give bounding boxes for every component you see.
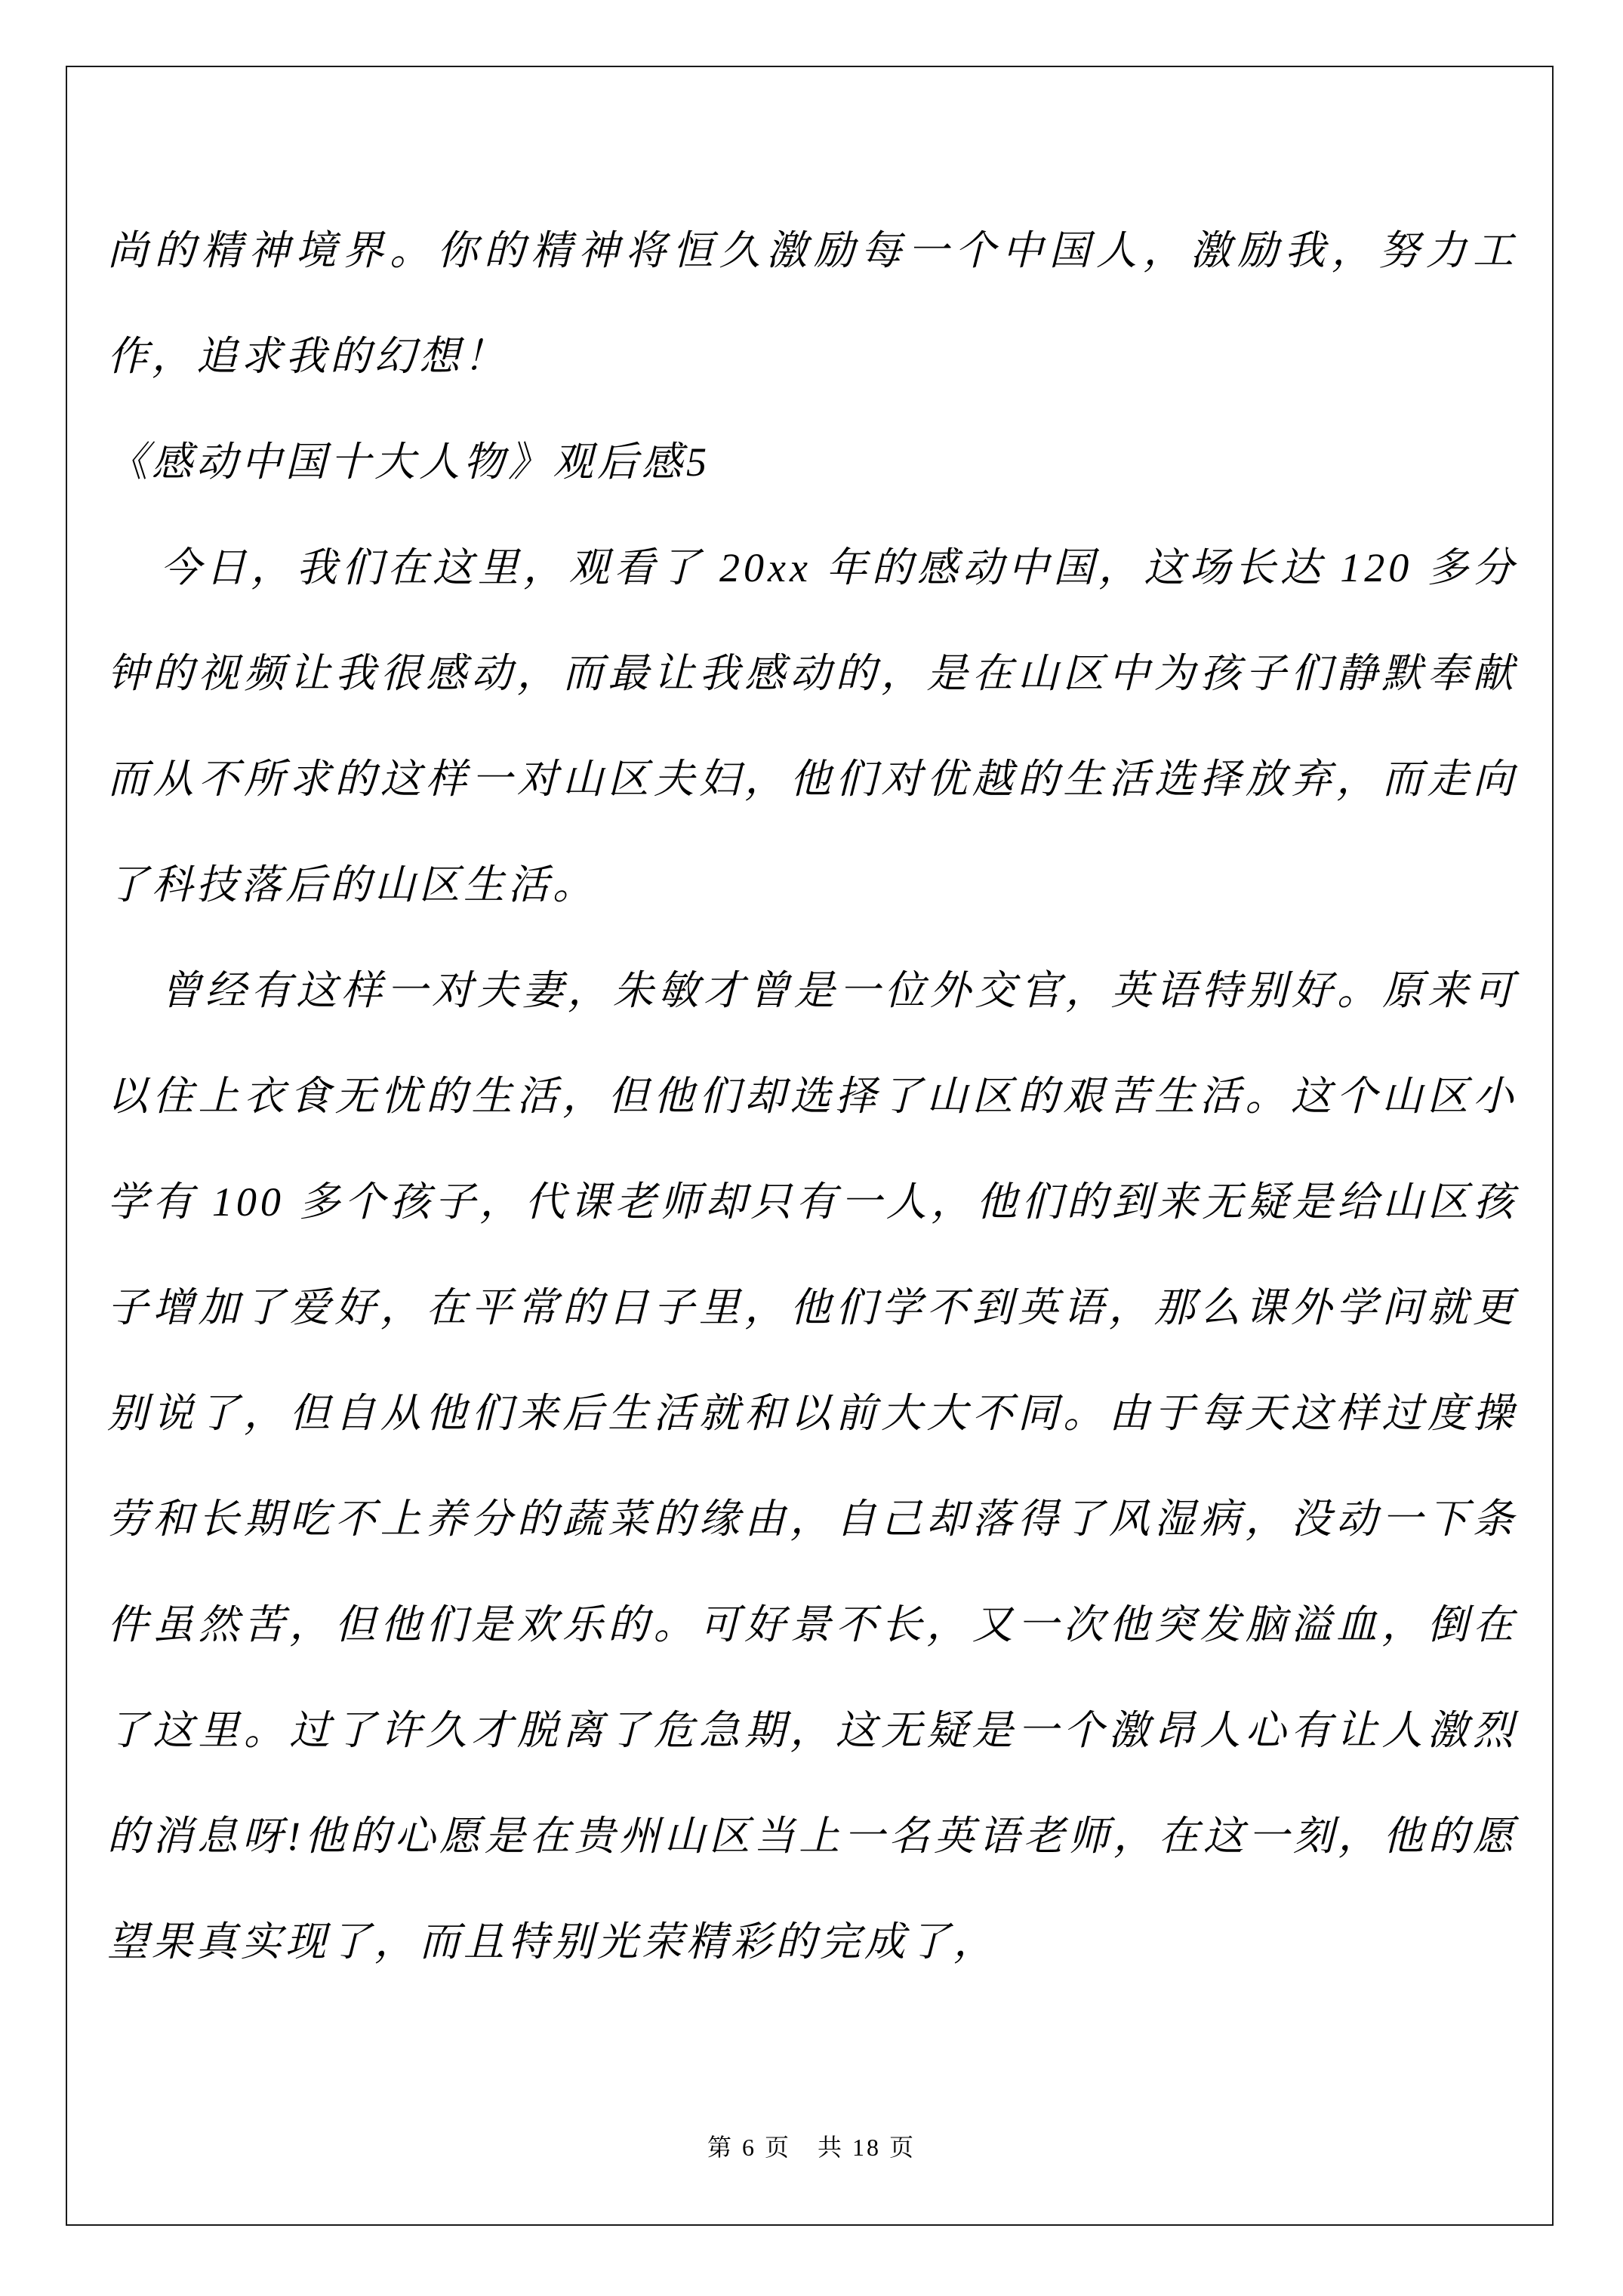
section-heading: 《感动中国十大人物》观后感5 bbox=[107, 409, 1517, 515]
document-text-block: 尚的精神境界。你的精神将恒久激励每一个中国人，激励我，努力工作，追求我的幻想！ … bbox=[107, 198, 1517, 1995]
page-number-footer: 第 6 页 共 18 页 bbox=[0, 2131, 1623, 2164]
document-page: 尚的精神境界。你的精神将恒久激励每一个中国人，激励我，努力工作，追求我的幻想！ … bbox=[0, 0, 1623, 2296]
paragraph-continuation: 尚的精神境界。你的精神将恒久激励每一个中国人，激励我，努力工作，追求我的幻想！ bbox=[107, 198, 1517, 409]
paragraph-body: 今日，我们在这里，观看了 20xx 年的感动中国，这场长达 120 多分钟的视频… bbox=[107, 515, 1517, 938]
paragraph-body: 曾经有这样一对夫妻，朱敏才曾是一位外交官，英语特别好。原来可以住上衣食无忧的生活… bbox=[107, 938, 1517, 1995]
